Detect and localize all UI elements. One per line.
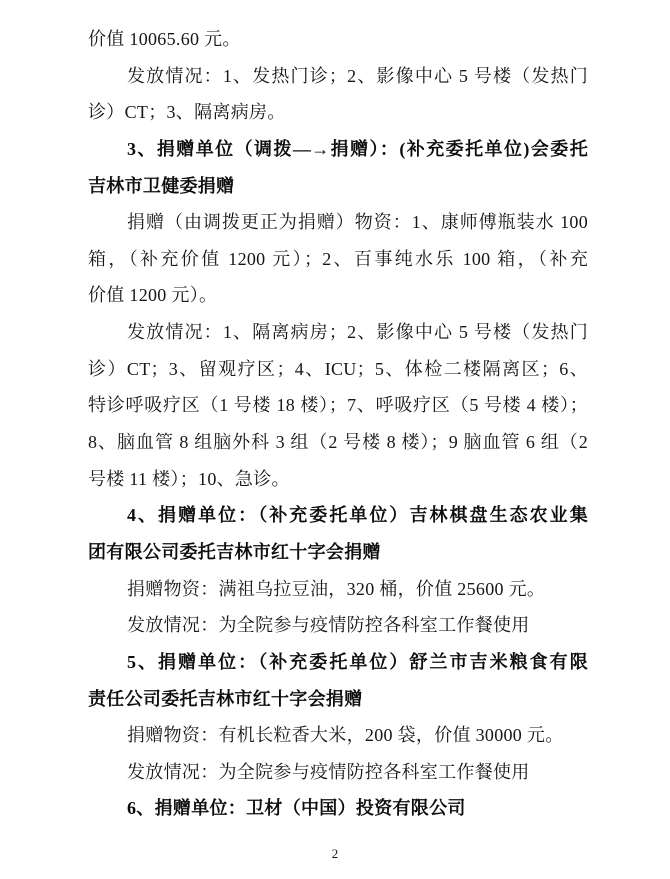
text-line: 捐赠（由调拨更正为捐赠）物资：1、康师傅瓶装水 100 xyxy=(88,204,588,241)
page-number: 2 xyxy=(332,846,339,861)
heading-donor-5: 5、捐赠单位：（补充委托单位）舒兰市吉米粮食有限 责任公司委托吉林市红十字会捐赠 xyxy=(88,644,588,717)
text-line: 发放情况：为全院参与疫情防控各科室工作餐使用 xyxy=(88,607,588,644)
heading-donor-6: 6、捐赠单位：卫材（中国）投资有限公司 xyxy=(88,790,588,827)
text-line: 诊）CT；3、留观疗区；4、ICU；5、体检二楼隔离区；6、 xyxy=(88,351,588,388)
paragraph-distribution: 发放情况：为全院参与疫情防控各科室工作餐使用 xyxy=(88,607,588,644)
text-line: 3、捐赠单位（调拨—→捐赠）：(补充委托单位)会委托 xyxy=(88,131,588,168)
text-line: 发放情况：1、发热门诊；2、影像中心 5 号楼（发热门 xyxy=(88,58,588,95)
paragraph-value-continuation: 价值 10065.60 元。 xyxy=(88,21,588,58)
text-line: 诊）CT；3、隔离病房。 xyxy=(88,94,588,131)
paragraph-donated-goods: 捐赠物资：有机长粒香大米，200 袋，价值 30000 元。 xyxy=(88,717,588,754)
text-line: 捐赠物资：满祖乌拉豆油，320 桶，价值 25600 元。 xyxy=(88,571,588,608)
paragraph-distribution: 发放情况：1、隔离病房；2、影像中心 5 号楼（发热门 诊）CT；3、留观疗区；… xyxy=(88,314,588,497)
text-line: 价值 1200 元）。 xyxy=(88,277,588,314)
paragraph-donated-goods: 捐赠物资：满祖乌拉豆油，320 桶，价值 25600 元。 xyxy=(88,571,588,608)
text-line: 4、捐赠单位：（补充委托单位）吉林棋盘生态农业集 xyxy=(88,497,588,534)
heading-donor-3: 3、捐赠单位（调拨—→捐赠）：(补充委托单位)会委托 吉林市卫健委捐赠 xyxy=(88,131,588,204)
text-line: 发放情况：为全院参与疫情防控各科室工作餐使用 xyxy=(88,754,588,791)
text-line: 5、捐赠单位：（补充委托单位）舒兰市吉米粮食有限 xyxy=(88,644,588,681)
paragraph-distribution: 发放情况：为全院参与疫情防控各科室工作餐使用 xyxy=(88,754,588,791)
text-line: 责任公司委托吉林市红十字会捐赠 xyxy=(88,681,588,718)
text-line: 捐赠物资：有机长粒香大米，200 袋，价值 30000 元。 xyxy=(88,717,588,754)
heading-donor-4: 4、捐赠单位：（补充委托单位）吉林棋盘生态农业集 团有限公司委托吉林市红十字会捐… xyxy=(88,497,588,570)
text-line: 8、脑血管 8 组脑外科 3 组（2 号楼 8 楼）；9 脑血管 6 组（2 xyxy=(88,424,588,461)
text-line: 价值 10065.60 元。 xyxy=(88,21,588,58)
text-line: 号楼 11 楼）；10、急诊。 xyxy=(88,461,588,498)
text-line: 箱，（补充价值 1200 元）；2、百事纯水乐 100 箱，（补充 xyxy=(88,241,588,278)
paragraph-donated-goods: 捐赠（由调拨更正为捐赠）物资：1、康师傅瓶装水 100 箱，（补充价值 1200… xyxy=(88,204,588,314)
text-line: 特诊呼吸疗区（1 号楼 18 楼）；7、呼吸疗区（5 号楼 4 楼）； xyxy=(88,387,588,424)
page-footer: 2 xyxy=(0,843,670,865)
paragraph-distribution: 发放情况：1、发热门诊；2、影像中心 5 号楼（发热门 诊）CT；3、隔离病房。 xyxy=(88,58,588,131)
text-line: 发放情况：1、隔离病房；2、影像中心 5 号楼（发热门 xyxy=(88,314,588,351)
text-line: 吉林市卫健委捐赠 xyxy=(88,168,588,205)
document-page: 价值 10065.60 元。 发放情况：1、发热门诊；2、影像中心 5 号楼（发… xyxy=(0,0,670,879)
text-line: 团有限公司委托吉林市红十字会捐赠 xyxy=(88,534,588,571)
document-content: 价值 10065.60 元。 发放情况：1、发热门诊；2、影像中心 5 号楼（发… xyxy=(88,21,588,827)
text-line: 6、捐赠单位：卫材（中国）投资有限公司 xyxy=(88,790,588,827)
